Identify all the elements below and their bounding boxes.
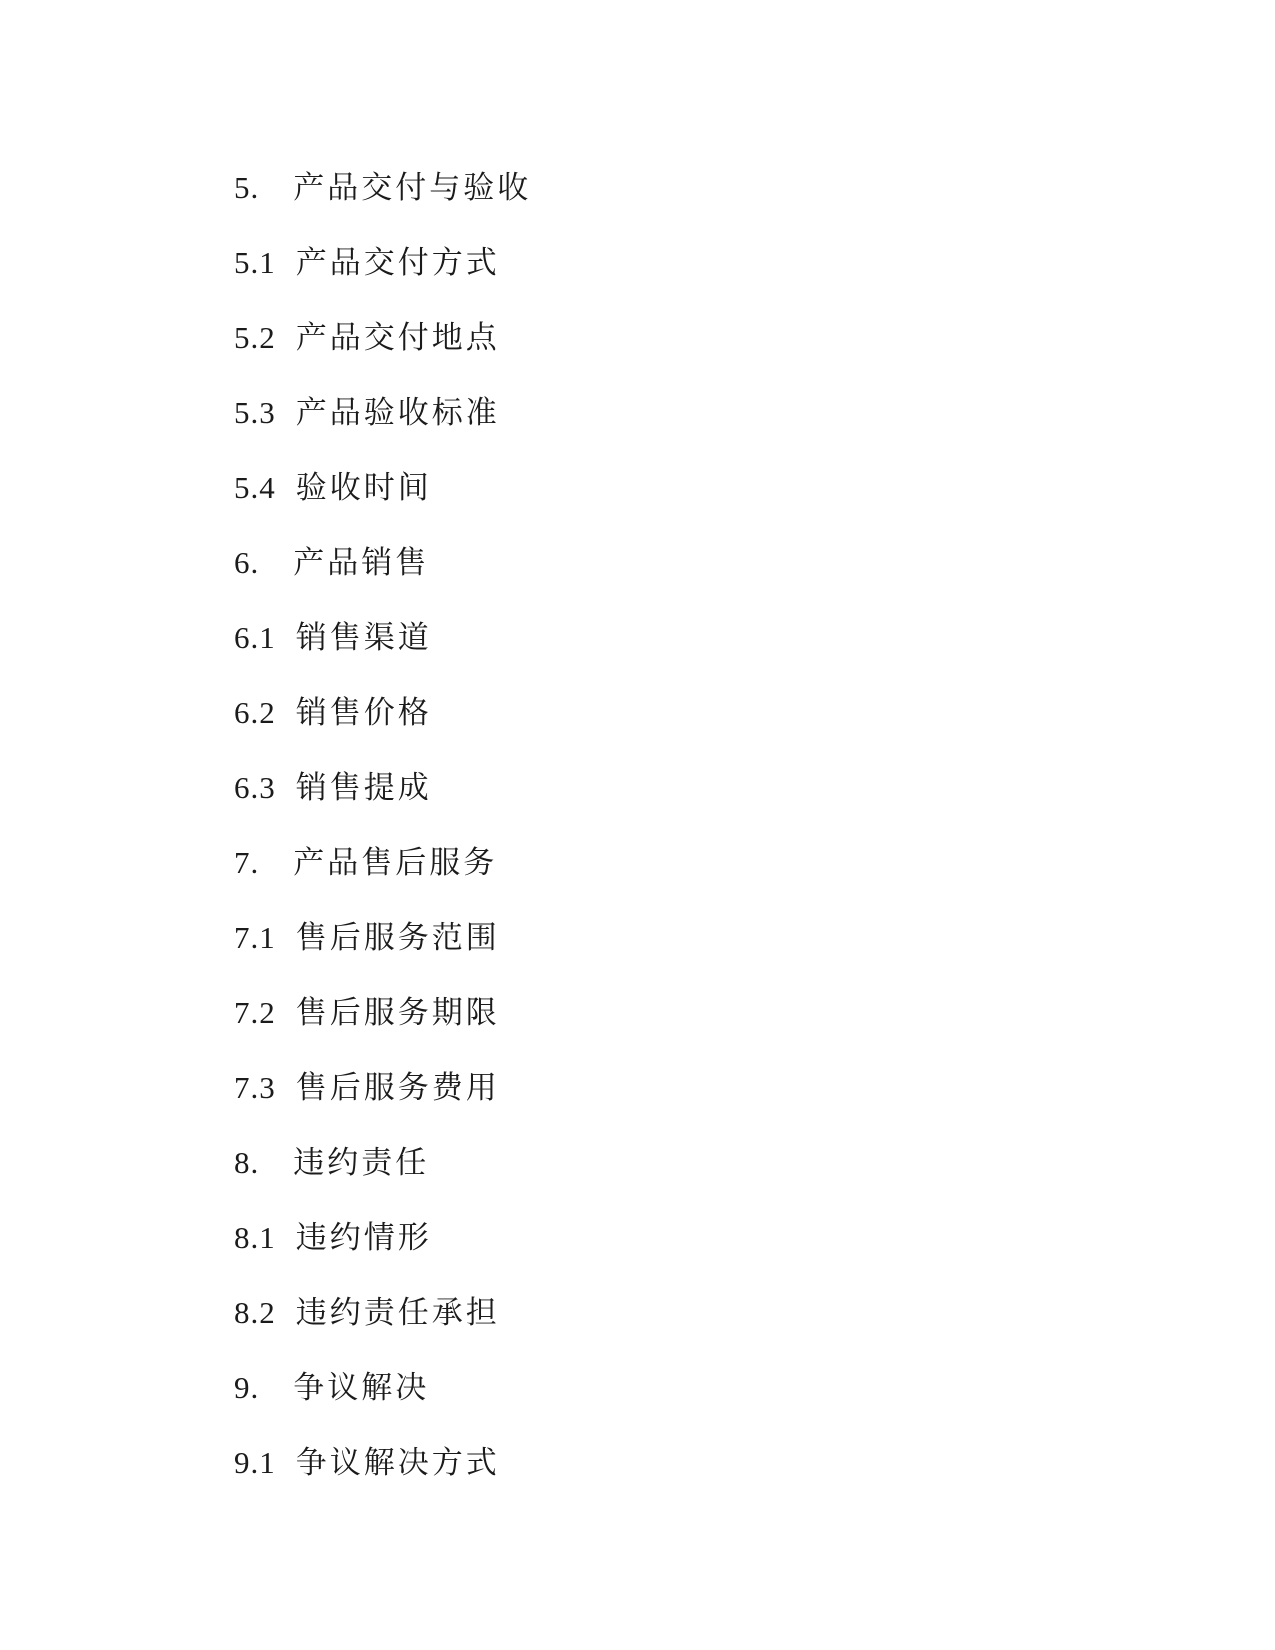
- outline-list: 5.产品交付与验收 5.1产品交付方式 5.2产品交付地点 5.3产品验收标准 …: [0, 0, 1275, 1500]
- item-label: 销售提成: [296, 770, 432, 805]
- item-number: 8.1: [234, 1200, 276, 1275]
- item-number: 5.3: [234, 375, 276, 450]
- item-number: 7.: [234, 825, 259, 900]
- item-label: 产品交付方式: [296, 245, 500, 280]
- outline-item: 7.3售后服务费用: [234, 1050, 1215, 1125]
- item-number: 5.1: [234, 225, 276, 300]
- item-number: 6.: [234, 525, 259, 600]
- item-label: 验收时间: [296, 470, 432, 505]
- item-label: 售后服务期限: [296, 995, 500, 1030]
- outline-item: 5.4验收时间: [234, 450, 1215, 525]
- outline-item: 9.1争议解决方式: [234, 1425, 1215, 1500]
- item-number: 5.4: [234, 450, 276, 525]
- item-label: 售后服务范围: [296, 920, 500, 955]
- outline-item: 7.产品售后服务: [234, 825, 1215, 900]
- outline-item: 5.3产品验收标准: [234, 375, 1215, 450]
- item-label: 产品交付与验收: [293, 170, 531, 205]
- outline-item: 9.争议解决: [234, 1350, 1215, 1425]
- item-label: 争议解决: [293, 1370, 429, 1405]
- item-label: 产品交付地点: [296, 320, 500, 355]
- item-label: 产品售后服务: [293, 845, 497, 880]
- outline-item: 5.1产品交付方式: [234, 225, 1215, 300]
- item-number: 6.3: [234, 750, 276, 825]
- item-number: 7.3: [234, 1050, 276, 1125]
- outline-item: 7.1售后服务范围: [234, 900, 1215, 975]
- item-number: 6.2: [234, 675, 276, 750]
- item-label: 产品销售: [293, 545, 429, 580]
- item-label: 销售渠道: [296, 620, 432, 655]
- outline-item: 5.2产品交付地点: [234, 300, 1215, 375]
- outline-item: 5.产品交付与验收: [234, 150, 1215, 225]
- item-number: 7.2: [234, 975, 276, 1050]
- item-number: 7.1: [234, 900, 276, 975]
- item-number: 9.1: [234, 1425, 276, 1500]
- outline-item: 6.2销售价格: [234, 675, 1215, 750]
- item-label: 违约情形: [296, 1220, 432, 1255]
- outline-item: 8.2违约责任承担: [234, 1275, 1215, 1350]
- item-number: 5.: [234, 150, 259, 225]
- item-label: 产品验收标准: [296, 395, 500, 430]
- item-number: 5.2: [234, 300, 276, 375]
- item-number: 6.1: [234, 600, 276, 675]
- item-label: 售后服务费用: [296, 1070, 500, 1105]
- outline-item: 6.3销售提成: [234, 750, 1215, 825]
- item-label: 违约责任: [293, 1145, 429, 1180]
- item-number: 8.: [234, 1125, 259, 1200]
- item-number: 9.: [234, 1350, 259, 1425]
- item-label: 争议解决方式: [296, 1445, 500, 1480]
- item-label: 违约责任承担: [296, 1295, 500, 1330]
- item-number: 8.2: [234, 1275, 276, 1350]
- outline-item: 6.产品销售: [234, 525, 1215, 600]
- document-page: 5.产品交付与验收 5.1产品交付方式 5.2产品交付地点 5.3产品验收标准 …: [0, 0, 1275, 1650]
- outline-item: 7.2售后服务期限: [234, 975, 1215, 1050]
- outline-item: 8.1违约情形: [234, 1200, 1215, 1275]
- item-label: 销售价格: [296, 695, 432, 730]
- outline-item: 6.1销售渠道: [234, 600, 1215, 675]
- outline-item: 8.违约责任: [234, 1125, 1215, 1200]
